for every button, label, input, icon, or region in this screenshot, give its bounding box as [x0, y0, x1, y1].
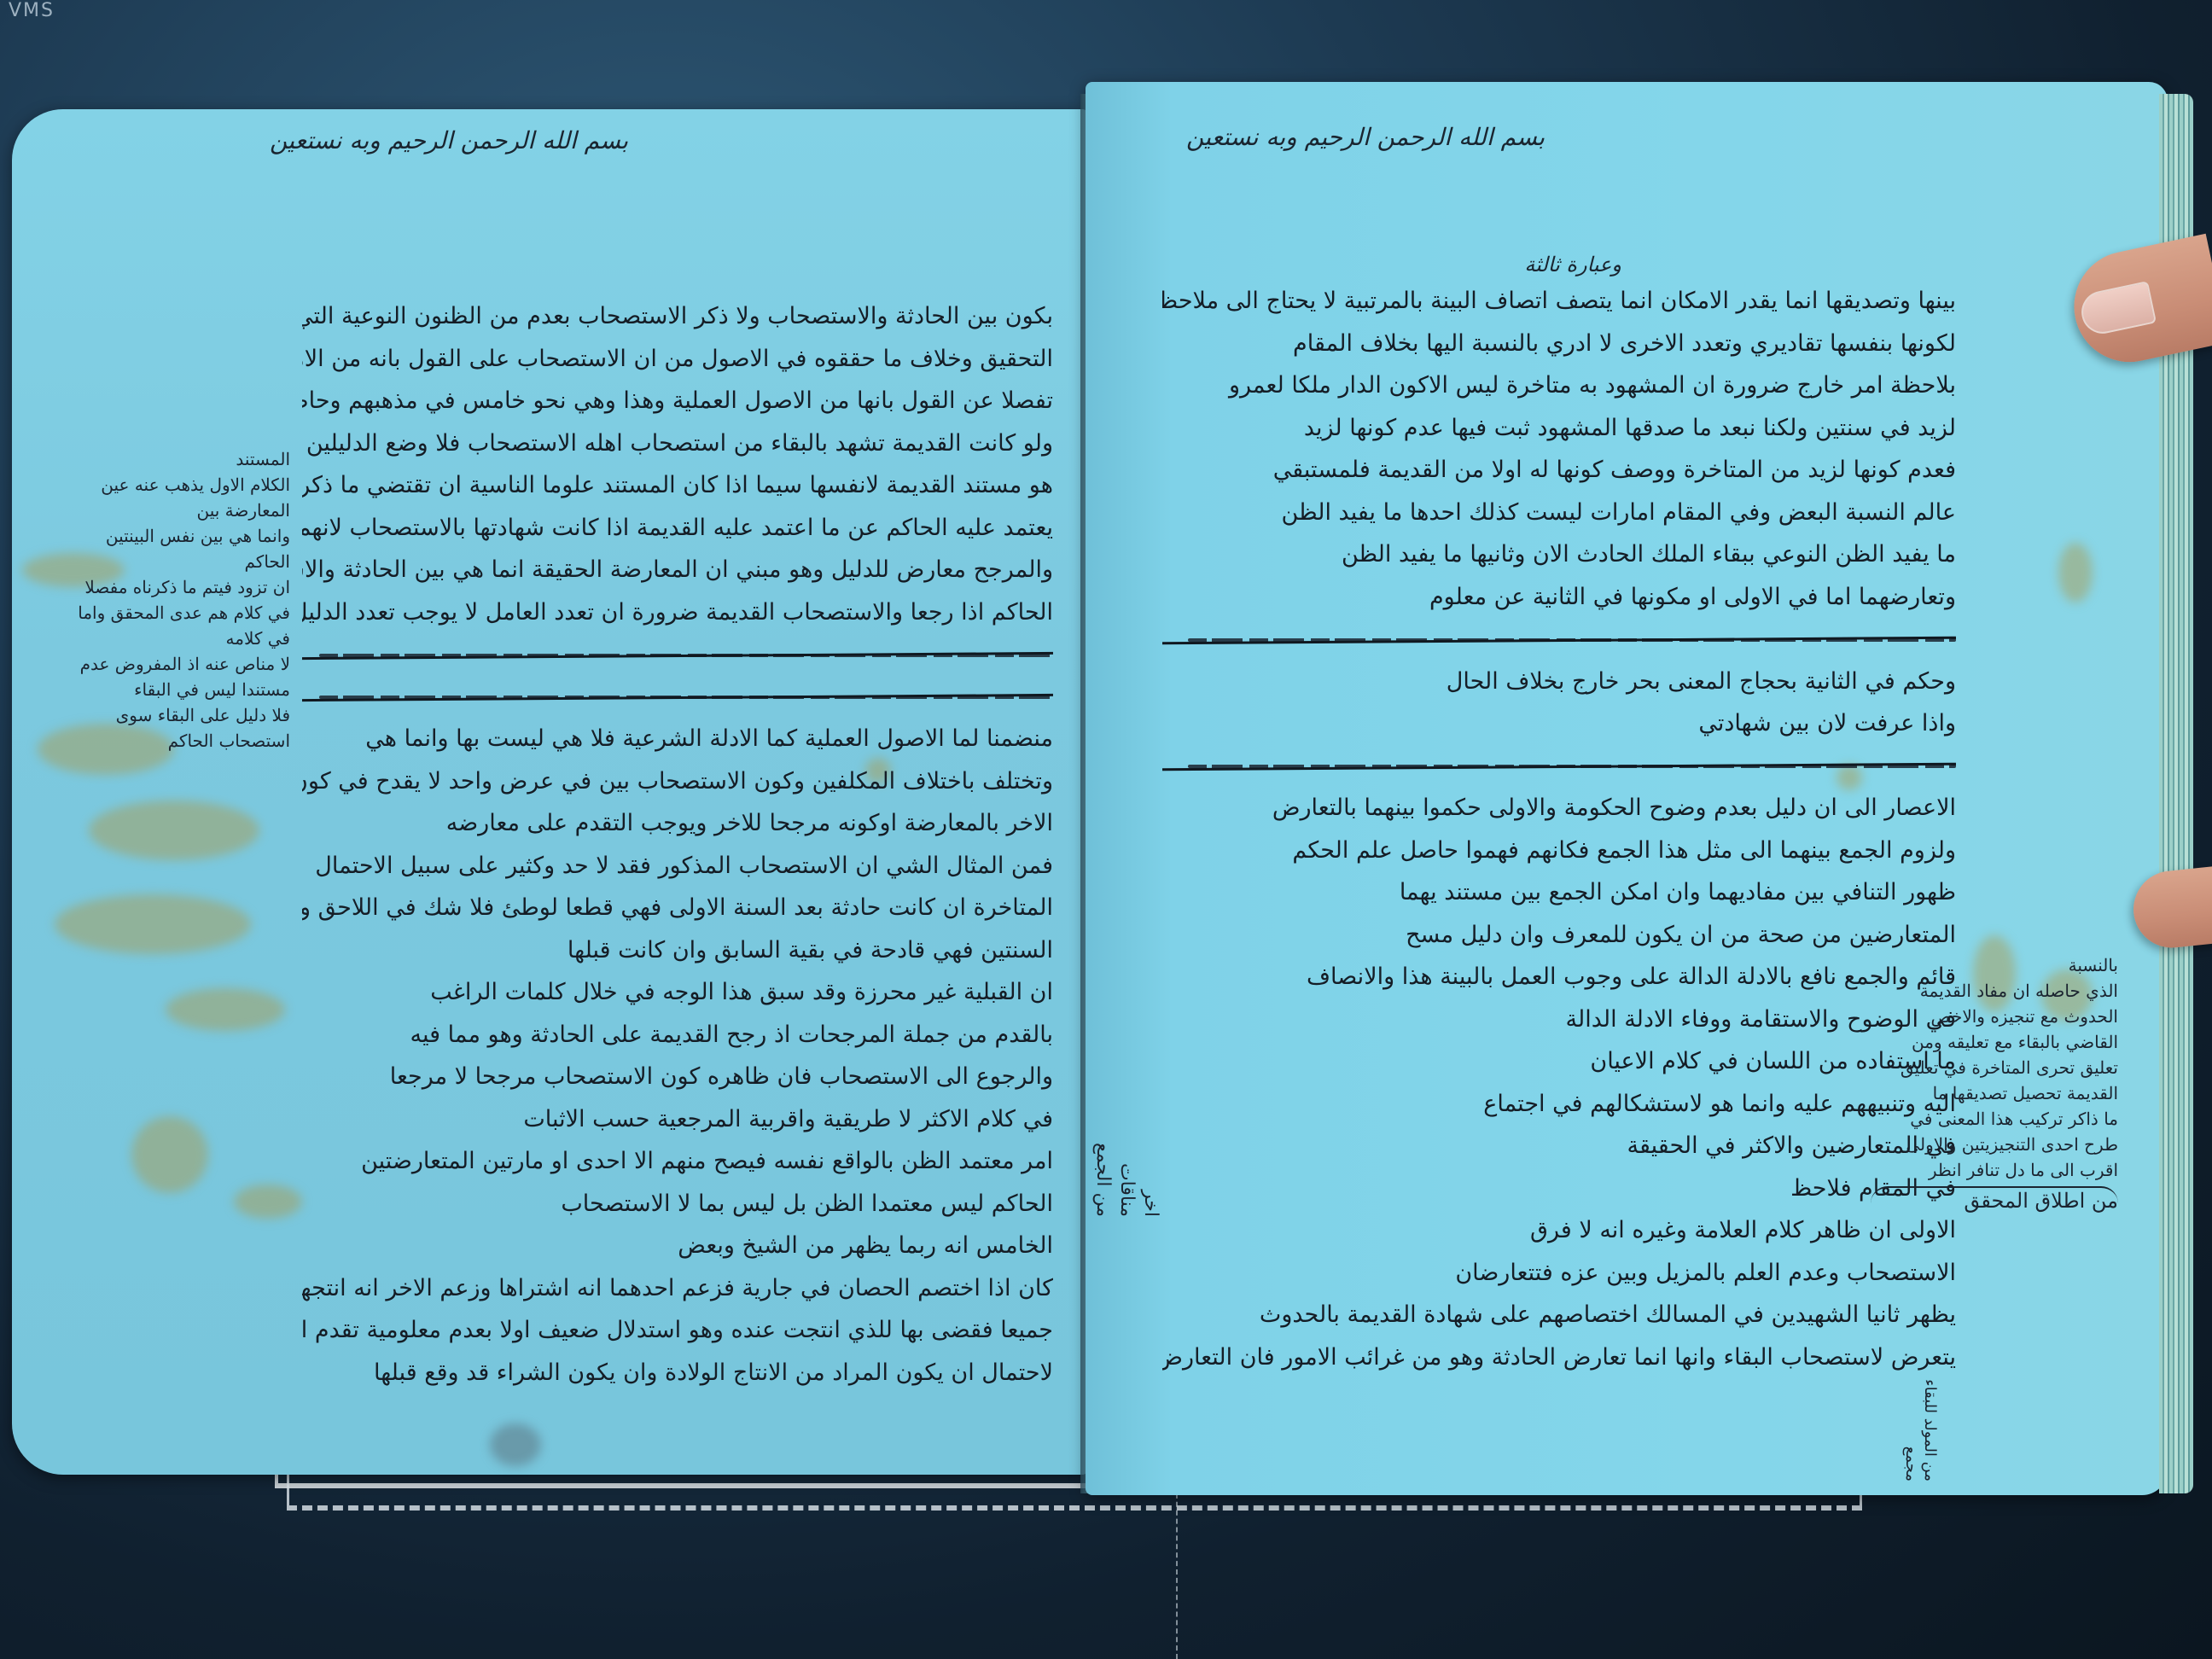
margin-line: من الجمع [1091, 1029, 1115, 1217]
text-line: بلاحظة امر خارج ضرورة ان المشهود به متاخ… [1162, 364, 1956, 407]
text-line: في الوضوح والاستقامة ووفاء الادلة الدالة [1162, 998, 1956, 1041]
text-line: وتختلف باختلاف المكلفين وكون الاستصحاب ب… [302, 760, 1053, 803]
board-label: VMS [9, 0, 55, 21]
text-line: بينها وتصديقها انما يقدر الامكان انما يت… [1162, 280, 1956, 323]
margin-line: وانما هي بين نفس البينتين الحاكم [60, 523, 290, 574]
left-page: بسم الله الرحمن الرحيم وبه نستعين المستن… [12, 109, 1089, 1475]
left-margin-note: المستند الكلام الاول يذهب عنه عين المعار… [60, 446, 290, 754]
text-line: واذا عرفت لان بين شهادتي [1162, 702, 1956, 745]
struck-text-line [302, 676, 1053, 719]
inner-vertical-note: اخر مناقات من الجمع [1091, 1029, 1162, 1217]
margin-line: القاضي بالبقاء مع تعليقه ومن [1871, 1029, 2118, 1055]
text-line: منضمنا لما الاصول العملية كما الادلة الش… [302, 718, 1053, 760]
text-line: الاستصحاب وعدم العلم بالمزيل وبين عزه فت… [1162, 1252, 1956, 1295]
right-margin-note: بالنسبة الذي حاصله ان مفاد القديمة الحدو… [1871, 952, 2118, 1214]
text-line: ما يفيد الظن النوعي ببقاء الملك الحادث ا… [1162, 533, 1956, 576]
margin-line: من المولد للبقاء [1920, 1311, 1939, 1481]
text-line: ان القبلية غير محرزة وقد سبق هذا الوجه ف… [302, 971, 1053, 1014]
text-line: وتعارضهما اما في الاولى او مكونها في الث… [1162, 576, 1956, 619]
text-line: الحاكم اذا رجعا والاستصحاب القديمة ضرورة… [302, 591, 1053, 634]
text-line: امر معتمد الظن بالواقع نفسه فيصح منهم ال… [302, 1140, 1053, 1183]
margin-line: فلا دليل على البقاء سوى استصحاب الحاكم [60, 702, 290, 754]
text-line: والمرجح معارض للدليل وهو مبني ان المعارض… [302, 549, 1053, 591]
margin-line: في كلام هم عدى المحقق واما في كلامه [60, 600, 290, 651]
text-line: المتعارضين من صحة من ان يكون للمعرف وان … [1162, 914, 1956, 957]
struck-text-line [1162, 618, 1956, 661]
margin-line: تعليق تحرى المتاخرة في تعليق [1871, 1055, 2118, 1080]
text-line: والرجوع الى الاستصحاب فان ظاهره كون الاس… [302, 1056, 1053, 1098]
fingernail [2077, 281, 2157, 337]
stain [89, 800, 259, 860]
right-page-body: بينها وتصديقها انما يقدر الامكان انما يت… [1162, 280, 1956, 1378]
margin-line: ما ذاكر تركيب هذا المعنى في [1871, 1106, 2118, 1132]
margin-line: القديمة تحصيل تصديقها ما [1871, 1080, 2118, 1106]
stain [234, 1185, 302, 1219]
struck-text-line [302, 633, 1053, 676]
margin-line: اخر [1138, 1029, 1162, 1217]
stain [166, 988, 285, 1031]
board-guide-center [1176, 1485, 1178, 1659]
text-line: الاولى ان ظاهر كلام العلامة وغيره انه لا… [1162, 1209, 1956, 1252]
margin-line: بالنسبة [1871, 952, 2118, 978]
text-line: قائم والجمع نافع بالادلة الدالة على وجوب… [1162, 956, 1956, 998]
text-line: يتعرض لاستصحاب البقاء وانها انما تعارض ا… [1162, 1336, 1956, 1379]
text-line: الاخر بالمعارضة اوكونه مرجحا للاخر ويوجب… [302, 802, 1053, 845]
text-line: جميعا فقضى بها للذي انتجت عنده وهو استدل… [302, 1309, 1053, 1352]
text-line: كان اذا اختصم الحصان في جارية فزعم احدهم… [302, 1267, 1053, 1310]
text-line: بالقدم من جملة المرجحات اذ رجح القديمة ع… [302, 1014, 1053, 1057]
text-line: تفصلا عن القول بانها من الاصول العملية و… [302, 380, 1053, 422]
margin-line: مناقات [1115, 1029, 1138, 1217]
text-line: التحقيق وخلاف ما حققوه في الاصول من ان ا… [302, 338, 1053, 381]
margin-line: طرح احدى التنجيزيتين والاولى [1871, 1132, 2118, 1157]
text-line: فعدم كونها لزيد من المتاخرة ووصف كونها ل… [1162, 449, 1956, 492]
text-line: ولو كانت القديمة تشهد بالبقاء من استصحاب… [302, 422, 1053, 465]
text-line: هو مستند القديمة لانفسها سيما اذا كان ال… [302, 464, 1053, 507]
bottom-vertical-note: من المولد للبقاء مجمع [1901, 1311, 1939, 1481]
text-line: يعتمد عليه الحاكم عن ما اعتمد عليه القدي… [302, 507, 1053, 550]
stain [55, 894, 251, 954]
text-line: ما استفاده من اللسان في كلام الاعيان [1162, 1040, 1956, 1083]
text-line: لزيد في سنتين ولكنا نبعد ما صدقها المشهو… [1162, 407, 1956, 450]
margin-line: المستند [60, 446, 290, 472]
text-line: لاحتمال ان يكون المراد من الانتاج الولاد… [302, 1352, 1053, 1394]
margin-line: مجمع [1901, 1311, 1920, 1481]
text-line: الاعصار الى ان دليل بعدم وضوح الحكومة وا… [1162, 787, 1956, 829]
text-line: وحكم في الثانية بحجاج المعنى بحر خارج بخ… [1162, 661, 1956, 703]
text-line: السنتين فهي قادحة في بقية السابق وان كان… [302, 929, 1053, 972]
text-line: ظهور التنافي بين مفاديهما وان امكن الجمع… [1162, 871, 1956, 914]
text-line: ولزوم الجمع بينهما الى مثل هذا الجمع فكا… [1162, 829, 1956, 872]
page-header-basmala: بسم الله الرحمن الرحيم وبه نستعين [270, 126, 628, 154]
margin-line: الذي حاصله ان مفاد القديمة [1871, 978, 2118, 1004]
struck-text-line [1162, 745, 1956, 788]
margin-line: الكلام الاول يذهب عنه عين المعارضة بين [60, 472, 290, 523]
margin-line: ان تزود فيتم ما ذكرناه مفصلا [60, 574, 290, 600]
stain [131, 1116, 208, 1193]
stain [2058, 543, 2093, 602]
left-page-body: بكون بين الحادثة والاستصحاب ولا ذكر الاس… [302, 295, 1053, 1394]
text-line: لكونها بنفسها تقاديري وتعدد الاخرى لا اد… [1162, 323, 1956, 365]
text-line: عالم النسبة البعض وفي المقام امارات ليست… [1162, 492, 1956, 534]
text-line: بكون بين الحادثة والاستصحاب ولا ذكر الاس… [302, 295, 1053, 338]
text-line: الحاكم ليس معتمدا الظن بل ليس بما لا الا… [302, 1183, 1053, 1225]
margin-line: اقرب الى ما دل تنافر انظر [1871, 1157, 2118, 1183]
boxed-note: من اطلاق المحقق [1871, 1186, 2118, 1214]
text-line: في المتعارضين والاكثر في الحقيقة [1162, 1125, 1956, 1167]
margin-line: الحدوث مع تنجيزه والاخص [1871, 1004, 2118, 1029]
page-header-basmala: بسم الله الرحمن الرحيم وبه نستعين [1186, 123, 1545, 151]
stain [490, 1423, 541, 1466]
margin-line: لا مناص عنه اذ المفروض عدم [60, 651, 290, 677]
text-line: الخامس انه ربما يظهر من الشيخ وبعض [302, 1225, 1053, 1267]
text-line: في المقام فلاحظ [1162, 1167, 1956, 1210]
text-line: المتاخرة ان كانت حادثة بعد السنة الاولى … [302, 887, 1053, 929]
interlinear-note: وعبارة ثالثة [1524, 253, 1621, 276]
margin-line: مستندا ليس في البقاء [60, 677, 290, 702]
text-line: يظهر ثانيا الشهيدين في المسالك اختصاصهم … [1162, 1294, 1956, 1336]
right-page: بسم الله الرحمن الرحيم وبه نستعين وعبارة… [1086, 82, 2168, 1495]
text-line: في كلام الاكثر لا طريقية واقربية المرجعي… [302, 1098, 1053, 1141]
text-line: اليه وتنبيههم عليه وانما هو لاستشكالهم ف… [1162, 1083, 1956, 1126]
text-line: فمن المثال الشي ان الاستصحاب المذكور فقد… [302, 845, 1053, 888]
